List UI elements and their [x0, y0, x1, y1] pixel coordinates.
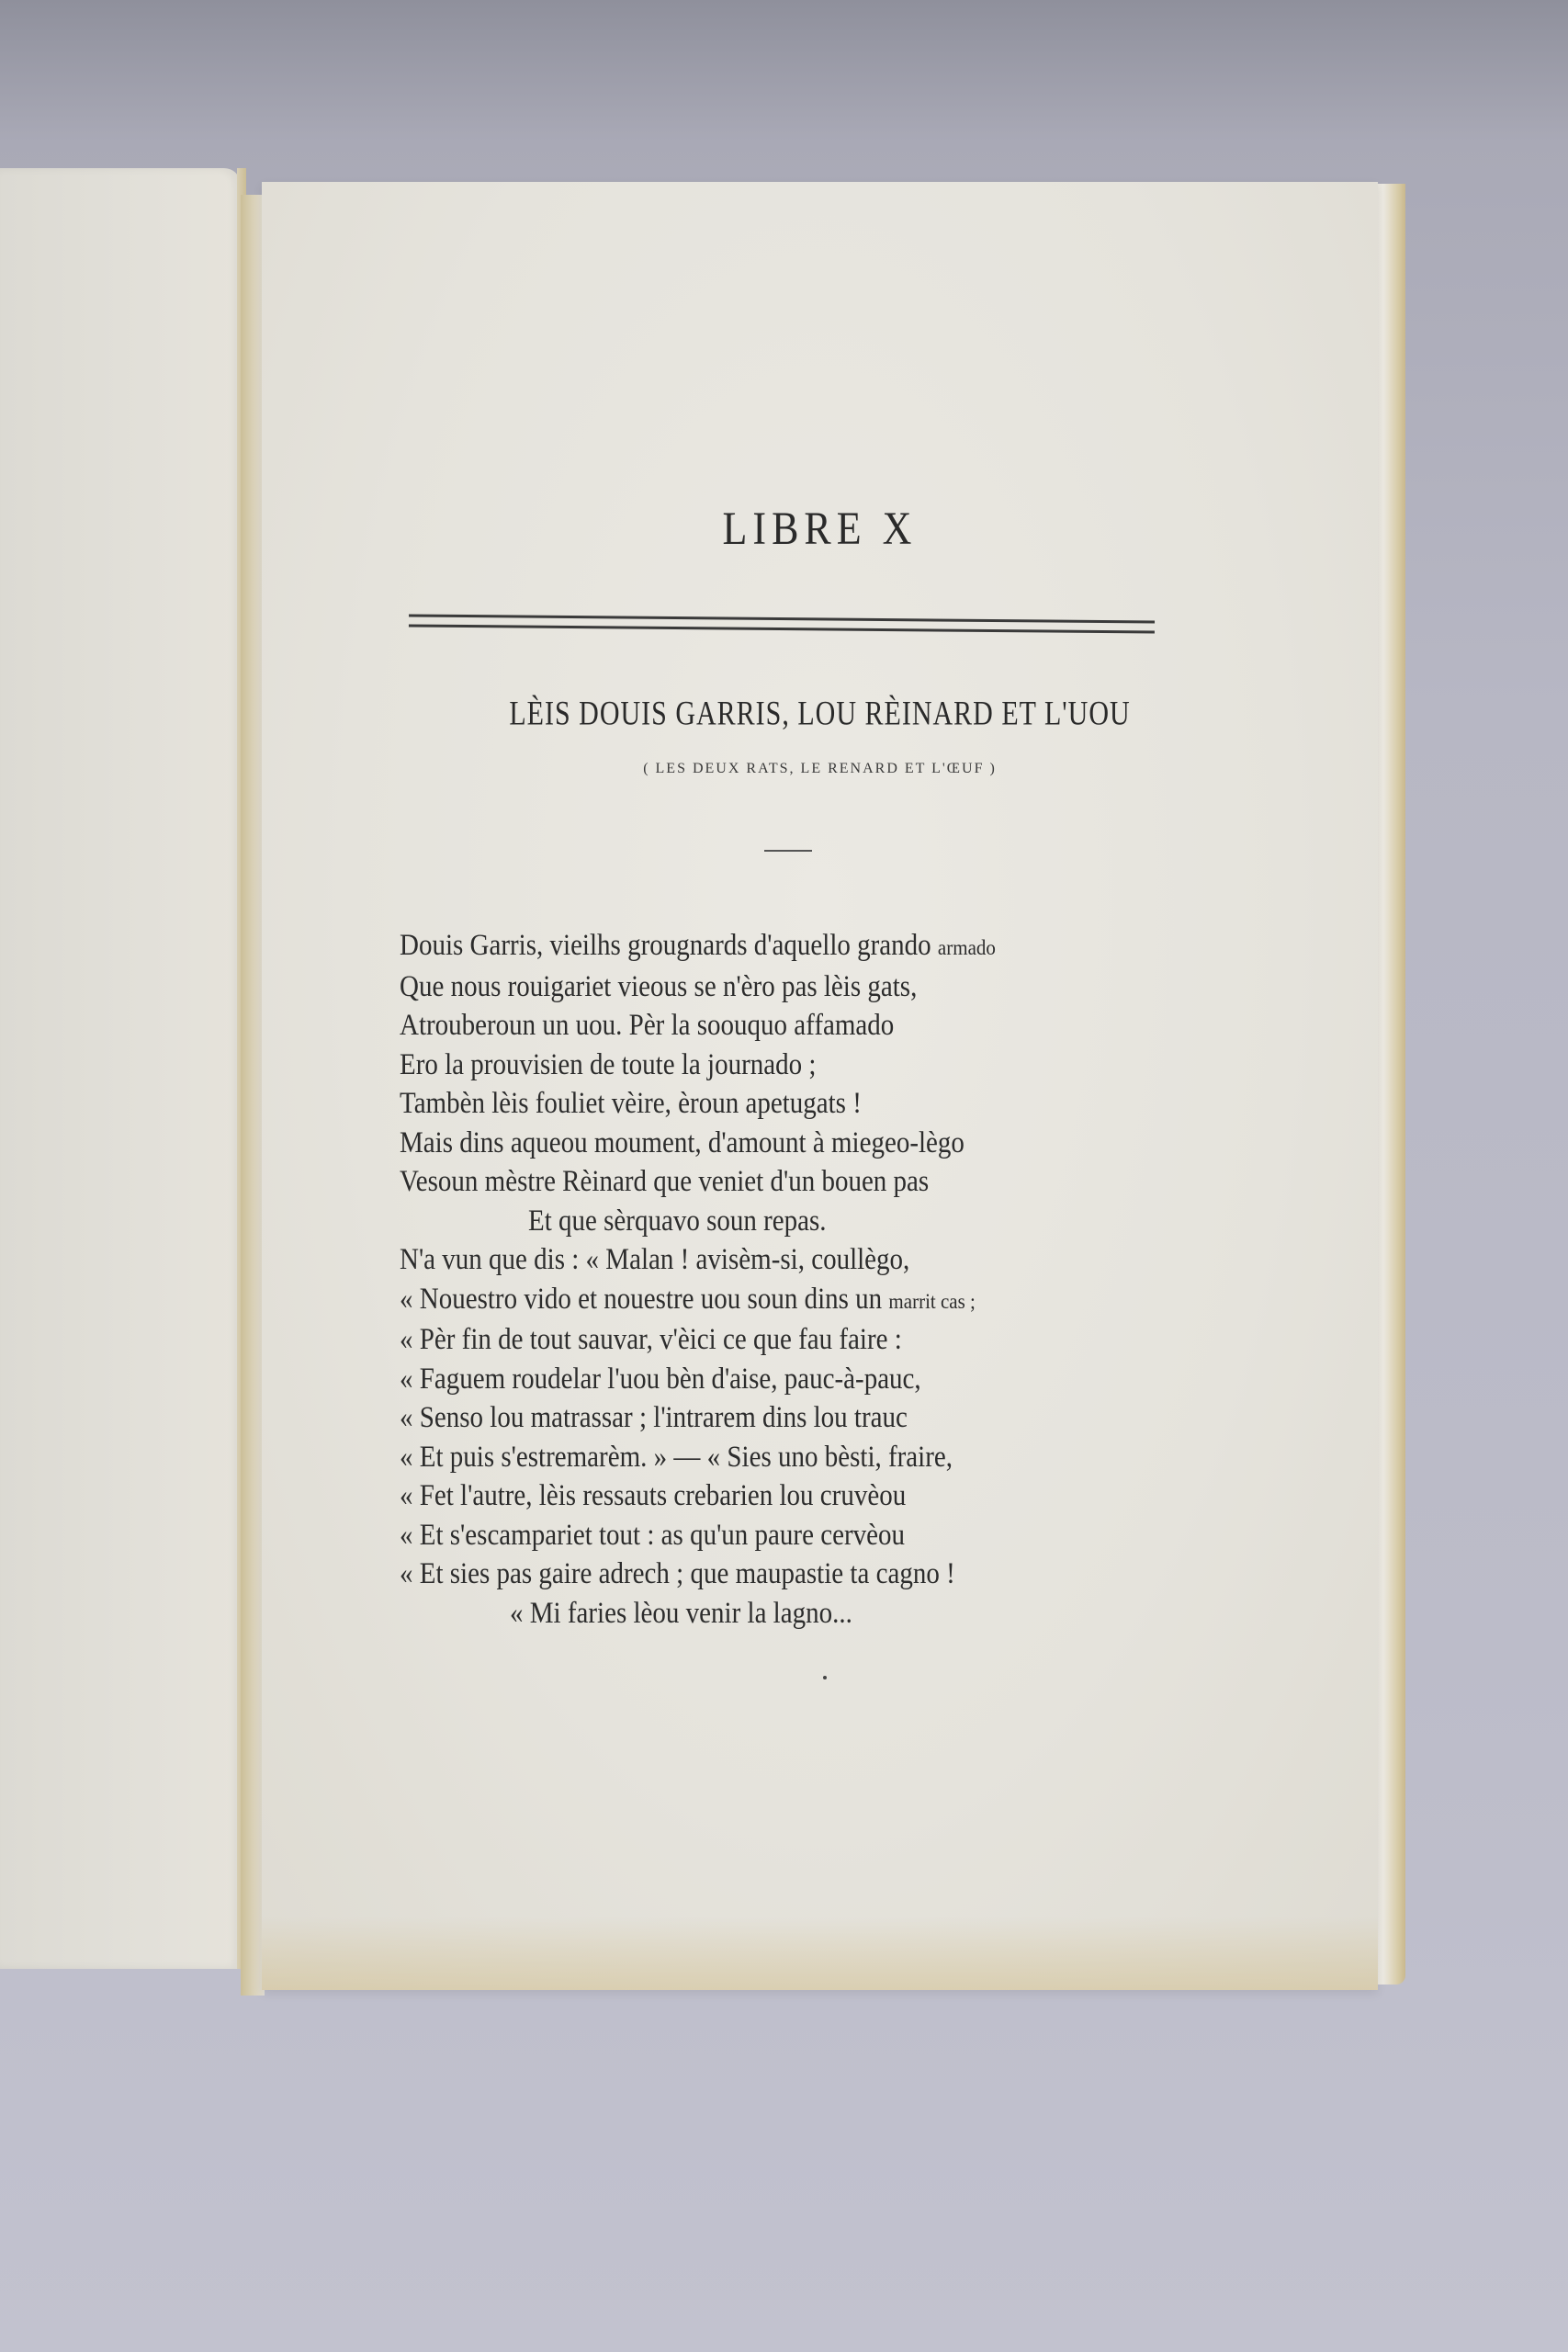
verse-line: « Et puis s'estremarèm. » — « Sies uno b… — [400, 1435, 1226, 1479]
verse-line: N'a vun que dis : « Malan ! avisèm-si, c… — [400, 1238, 1226, 1282]
verse-line: Douis Garris, vieilhs grougnards d'aquel… — [400, 923, 1226, 969]
right-page: LIBRE X LÈIS DOUIS GARRIS, LOU RÈINARD E… — [262, 182, 1378, 1990]
verse-line: « Et sies pas gaire adrech ; que maupast… — [400, 1552, 1226, 1596]
verse-line: « Pèr fin de tout sauvar, v'èici ce que … — [400, 1317, 1226, 1362]
verse-line: Tambèn lèis fouliet vèire, èroun apetuga… — [400, 1081, 1226, 1125]
fable-subtitle: ( LES DEUX RATS, LE RENARD ET L'ŒUF ) — [262, 761, 1378, 777]
verse-line: « Et s'escampariet tout : as qu'un paure… — [400, 1513, 1226, 1557]
verse-line: « Nouestro vido et nouestre uou soun din… — [400, 1277, 1226, 1323]
verse-block: Douis Garris, vieilhs grougnards d'aquel… — [400, 926, 1226, 1633]
end-dot — [823, 1676, 827, 1679]
verse-line: Atrouberoun un uou. Pèr la soouquo affam… — [400, 1003, 1226, 1047]
verse-line: Et que sèrquavo soun repas. — [400, 1199, 1226, 1243]
verse-line: « Mi faries lèou venir la lagno... — [400, 1591, 1226, 1635]
verse-line: « Faguem roudelar l'uou bèn d'aise, pauc… — [400, 1357, 1226, 1401]
verse-line: « Fet l'autre, lèis ressauts crebarien l… — [400, 1474, 1226, 1518]
short-rule-divider — [764, 850, 812, 852]
left-page — [0, 168, 241, 1969]
verse-line: Que nous rouigariet vieous se n'èro pas … — [400, 965, 1226, 1009]
double-rule-divider — [409, 614, 1155, 633]
page-content: LIBRE X LÈIS DOUIS GARRIS, LOU RÈINARD E… — [262, 182, 1378, 1990]
verse-line: Mais dins aqueou moument, d'amount à mie… — [400, 1121, 1226, 1165]
verse-line: Ero la prouvisien de toute la journado ; — [400, 1043, 1226, 1087]
fable-title: LÈIS DOUIS GARRIS, LOU RÈINARD ET L'UOU — [262, 695, 1378, 734]
verse-line: « Senso lou matrassar ; l'intrarem dins … — [400, 1396, 1226, 1440]
book-title: LIBRE X — [262, 502, 1378, 556]
verse-line: Vesoun mèstre Rèinard que veniet d'un bo… — [400, 1159, 1226, 1204]
